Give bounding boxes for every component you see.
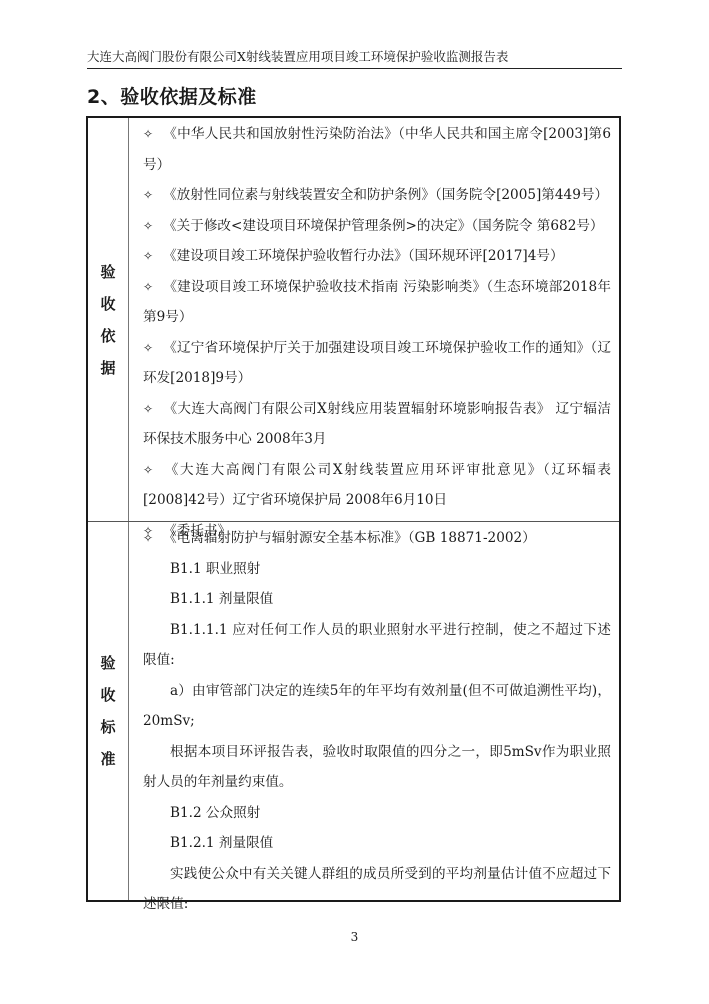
- basis-item: ✧《大连大高阀门有限公司X射线装置应用环评审批意见》（辽环辐表[2008]42号…: [143, 455, 611, 516]
- standard-paragraph: B1.2 公众照射: [143, 798, 611, 829]
- section-title: 2、验收依据及标准: [87, 82, 257, 109]
- label-char: 验: [100, 647, 115, 679]
- basis-item: ✧《中华人民共和国放射性污染防治法》（中华人民共和国主席令[2003]第6号）: [143, 119, 611, 180]
- label-char: 收: [100, 679, 115, 711]
- diamond-bullet-icon: ✧: [143, 219, 153, 233]
- basis-item: ✧《建设项目竣工环境保护验收技术指南 污染影响类》（生态环境部2018年第9号）: [143, 272, 611, 333]
- basis-item: ✧《关于修改<建设项目环境保护管理条例>的决定》（国务院令 第682号）: [143, 211, 611, 242]
- acceptance-standards-row: 验 收 标 准 ✧《电离辐射防护与辐射源安全基本标准》（GB 18871-200…: [88, 522, 619, 900]
- diamond-bullet-icon: ✧: [143, 188, 153, 202]
- acceptance-basis-content: ✧《中华人民共和国放射性污染防治法》（中华人民共和国主席令[2003]第6号） …: [129, 118, 619, 521]
- diamond-bullet-icon: ✧: [143, 531, 153, 545]
- standard-paragraph: B1.1.1 剂量限值: [143, 584, 611, 615]
- label-char: 依: [100, 320, 115, 352]
- basis-item-text: 《大连大高阀门有限公司X射线装置应用环评审批意见》（辽环辐表[2008]42号）…: [143, 462, 611, 509]
- label-char: 验: [100, 256, 115, 288]
- basis-item-text: 《中华人民共和国放射性污染防治法》（中华人民共和国主席令[2003]第6号）: [143, 126, 611, 173]
- basis-item-text: 《建设项目竣工环境保护验收暂行办法》（国环规环评[2017]4号）: [163, 248, 564, 264]
- label-char: 标: [100, 711, 115, 743]
- standard-paragraph: B1.1.1.1 应对任何工作人员的职业照射水平进行控制，使之不超过下述限值:: [143, 615, 611, 676]
- standard-title-text: 《电离辐射防护与辐射源安全基本标准》（GB 18871-2002）: [163, 530, 536, 546]
- basis-standards-table: 验 收 依 据 ✧《中华人民共和国放射性污染防治法》（中华人民共和国主席令[20…: [86, 116, 621, 902]
- acceptance-standards-content: ✧《电离辐射防护与辐射源安全基本标准》（GB 18871-2002） B1.1 …: [129, 522, 619, 900]
- basis-item-text: 《建设项目竣工环境保护验收技术指南 污染影响类》（生态环境部2018年第9号）: [143, 279, 611, 326]
- standard-paragraph: 根据本项目环评报告表，验收时取限值的四分之一，即5mSv作为职业照射人员的年剂量…: [143, 737, 611, 798]
- diamond-bullet-icon: ✧: [143, 249, 153, 263]
- diamond-bullet-icon: ✧: [143, 341, 153, 355]
- diamond-bullet-icon: ✧: [143, 127, 153, 141]
- label-char: 收: [100, 288, 115, 320]
- acceptance-standards-label: 验 收 标 准: [88, 522, 129, 900]
- label-char: 准: [100, 743, 115, 775]
- basis-item: ✧《建设项目竣工环境保护验收暂行办法》（国环规环评[2017]4号）: [143, 241, 611, 272]
- basis-item: ✧《放射性同位素与射线装置安全和防护条例》（国务院令[2005]第449号）: [143, 180, 611, 211]
- page-number: 3: [0, 930, 709, 944]
- basis-item-text: 《放射性同位素与射线装置安全和防护条例》（国务院令[2005]第449号）: [163, 187, 608, 203]
- basis-item: ✧《大连大高阀门有限公司X射线应用装置辐射环境影响报告表》 辽宁辐洁环保技术服务…: [143, 394, 611, 455]
- label-char: 据: [100, 352, 115, 384]
- acceptance-basis-label: 验 收 依 据: [88, 118, 129, 521]
- acceptance-basis-row: 验 收 依 据 ✧《中华人民共和国放射性污染防治法》（中华人民共和国主席令[20…: [88, 118, 619, 522]
- basis-item-text: 《辽宁省环境保护厅关于加强建设项目竣工环境保护验收工作的通知》（辽环发[2018…: [143, 340, 611, 387]
- basis-item-text: 《关于修改<建设项目环境保护管理条例>的决定》（国务院令 第682号）: [163, 218, 603, 234]
- standard-paragraph: B1.1 职业照射: [143, 554, 611, 585]
- standard-paragraph: B1.2.1 剂量限值: [143, 828, 611, 859]
- diamond-bullet-icon: ✧: [143, 463, 153, 477]
- diamond-bullet-icon: ✧: [143, 402, 153, 416]
- standard-paragraph: 实践使公众中有关关键人群组的成员所受到的平均剂量估计值不应超过下述限值:: [143, 859, 611, 920]
- running-header: 大连大高阀门股份有限公司X射线装置应用项目竣工环境保护验收监测报告表: [87, 48, 622, 69]
- basis-item-text: 《大连大高阀门有限公司X射线应用装置辐射环境影响报告表》 辽宁辐洁环保技术服务中…: [143, 401, 611, 448]
- diamond-bullet-icon: ✧: [143, 280, 153, 294]
- standard-title: ✧《电离辐射防护与辐射源安全基本标准》（GB 18871-2002）: [143, 523, 611, 554]
- standard-paragraph: a）由审管部门决定的连续5年的年平均有效剂量(但不可做追溯性平均)，20mSv;: [143, 676, 611, 737]
- basis-item: ✧《辽宁省环境保护厅关于加强建设项目竣工环境保护验收工作的通知》（辽环发[201…: [143, 333, 611, 394]
